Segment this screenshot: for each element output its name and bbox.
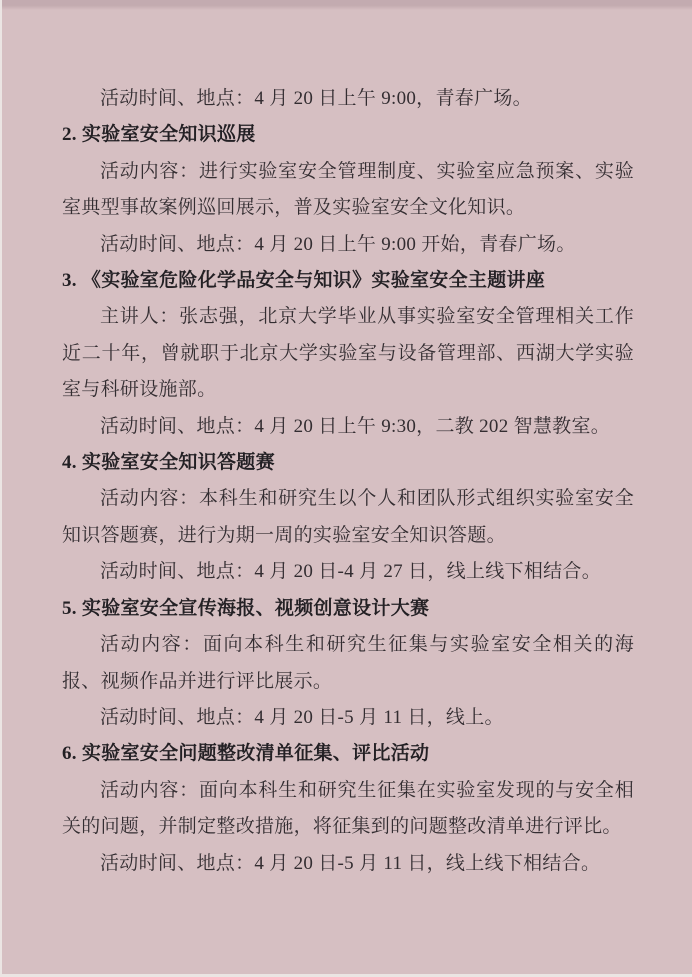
paragraph-text: 活动内容：本科生和研究生以个人和团队形式组织实验室安全知识答题赛，进行为期一周的…	[62, 481, 634, 554]
section-heading: 3. 《实验室危险化学品安全与知识》实验室安全主题讲座	[62, 263, 634, 299]
page-top-shade	[0, 0, 692, 10]
section-heading: 5. 实验室安全宣传海报、视频创意设计大赛	[62, 591, 634, 627]
paragraph-text: 活动时间、地点：4 月 20 日上午 9:30，二教 202 智慧教室。	[62, 409, 634, 445]
page-left-edge-highlight	[0, 0, 2, 977]
section-heading: 6. 实验室安全问题整改清单征集、评比活动	[62, 736, 634, 772]
document-body: 活动时间、地点：4 月 20 日上午 9:00，青春广场。2. 实验室安全知识巡…	[62, 81, 634, 882]
paragraph-text: 活动时间、地点：4 月 20 日-5 月 11 日，线上。	[62, 700, 634, 736]
paragraph-text: 活动时间、地点：4 月 20 日上午 9:00，青春广场。	[62, 81, 634, 117]
paragraph-text: 活动内容：进行实验室安全管理制度、实验室应急预案、实验室典型事故案例巡回展示，普…	[62, 154, 634, 227]
section-heading: 4. 实验室安全知识答题赛	[62, 445, 634, 481]
paragraph-text: 活动内容：面向本科生和研究生征集在实验室发现的与安全相关的问题，并制定整改措施，…	[62, 773, 634, 846]
paragraph-text: 活动内容：面向本科生和研究生征集与实验室安全相关的海报、视频作品并进行评比展示。	[62, 627, 634, 700]
paragraph-text: 活动时间、地点：4 月 20 日上午 9:00 开始，青春广场。	[62, 227, 634, 263]
paragraph-text: 活动时间、地点：4 月 20 日-5 月 11 日，线上线下相结合。	[62, 846, 634, 882]
paragraph-text: 活动时间、地点：4 月 20 日-4 月 27 日，线上线下相结合。	[62, 554, 634, 590]
document-page: 活动时间、地点：4 月 20 日上午 9:00，青春广场。2. 实验室安全知识巡…	[0, 0, 692, 977]
section-heading: 2. 实验室安全知识巡展	[62, 117, 634, 153]
paragraph-text: 主讲人：张志强，北京大学毕业从事实验室安全管理相关工作近二十年，曾就职于北京大学…	[62, 299, 634, 408]
